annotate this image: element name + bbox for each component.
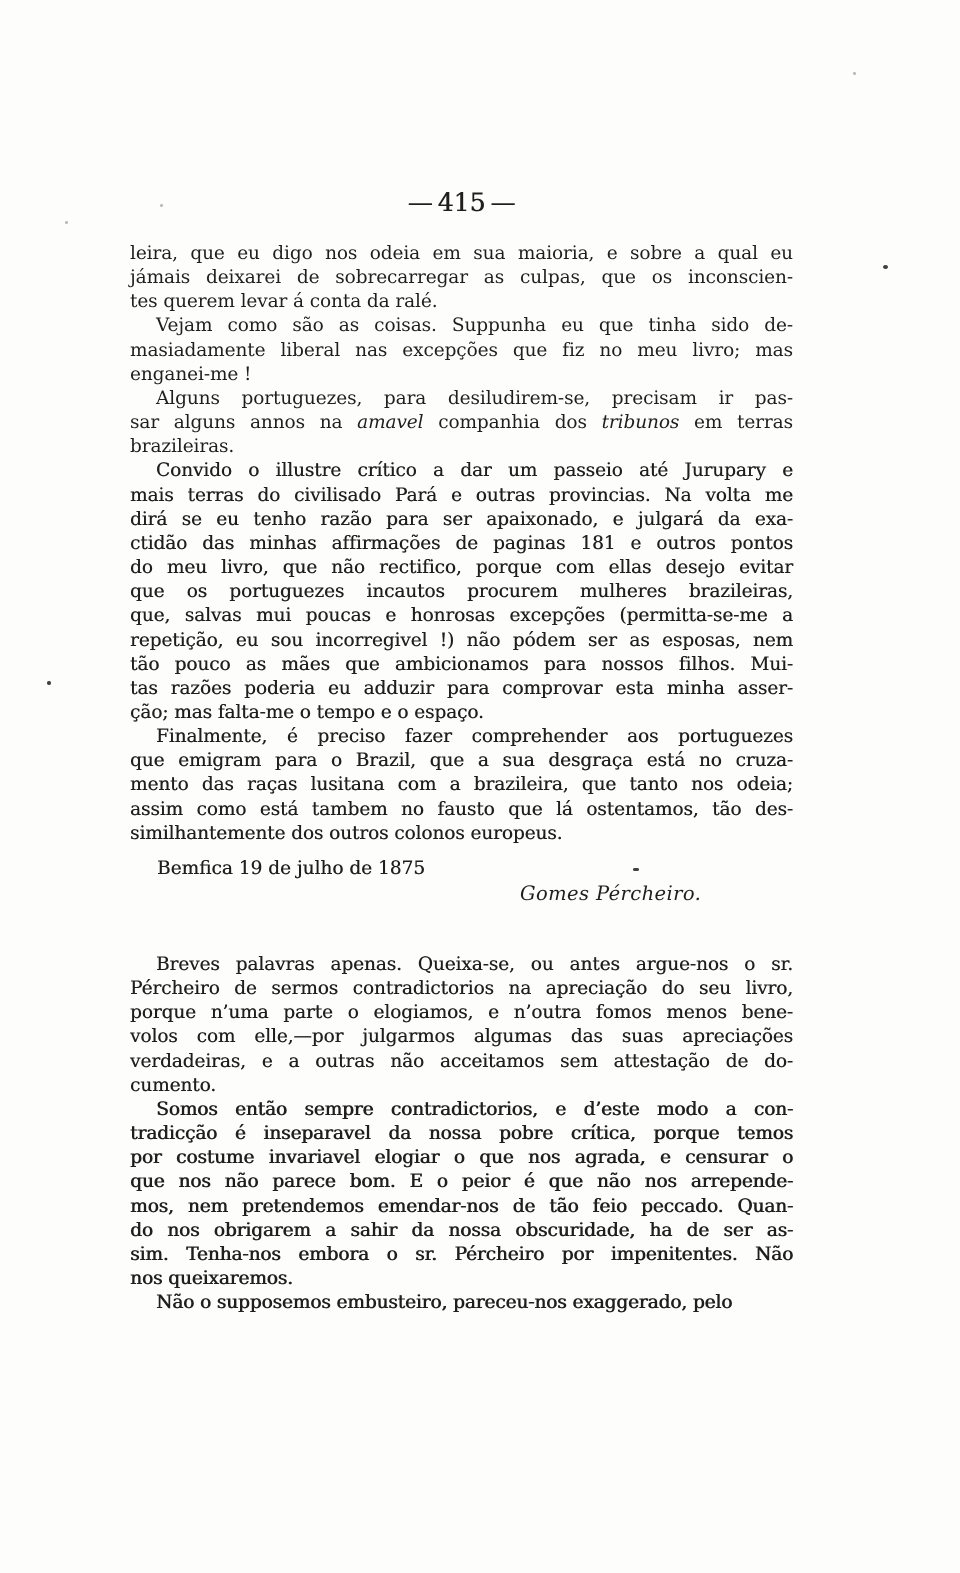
text-line: tes querem levar á conta da ralé. xyxy=(130,290,793,314)
text-line: Vejam como são as coisas. Suppunha eu qu… xyxy=(130,314,793,338)
text-line: tradicção é inseparavel da nossa pobre c… xyxy=(130,1122,793,1146)
text-line: nos queixaremos. xyxy=(130,1267,793,1291)
text-line: jámais deixarei de sobrecarregar as culp… xyxy=(130,266,793,290)
text-line: masiadamente liberal nas excepções que f… xyxy=(130,339,793,363)
text-line: mento das raças lusitana com a brazileir… xyxy=(130,773,793,797)
text-line: brazileiras. xyxy=(130,435,793,459)
scan-speck xyxy=(160,204,163,207)
text-line: similhantemente dos outros colonos europ… xyxy=(130,822,793,846)
text-line: por costume invariavel elogiar o que nos… xyxy=(130,1146,793,1170)
text-line: verdadeiras, e a outras não acceitamos s… xyxy=(130,1050,793,1074)
text-line: ctidão das minhas affirmações de paginas… xyxy=(130,532,793,556)
page-number: —415— xyxy=(130,188,793,217)
text-line: mais terras do civilisado Pará e outras … xyxy=(130,484,793,508)
text-line: leira, que eu digo nos odeia em sua maio… xyxy=(130,242,793,266)
body-text-block-2: Breves palavras apenas. Queixa-se, ou an… xyxy=(130,953,793,1315)
text-line: que emigram para o Brazil, que a sua des… xyxy=(130,749,793,773)
dateline: Bemfica 19 de julho de 1875 xyxy=(130,858,793,879)
text-line: tão pouco as mães que ambicionamos para … xyxy=(130,653,793,677)
page-number-value: 415 xyxy=(438,188,486,217)
scan-speck xyxy=(853,72,856,75)
text-line: sar alguns annos na amavel companhia dos… xyxy=(130,411,793,435)
text-line: Não o supposemos embusteiro, pareceu-nos… xyxy=(130,1291,793,1315)
text-line: cumento. xyxy=(130,1074,793,1098)
text-line: Alguns portuguezes, para desiludirem-se,… xyxy=(130,387,793,411)
text-line: assim como está tambem no fausto que lá … xyxy=(130,798,793,822)
text-line: sim. Tenha-nos embora o sr. Pércheiro po… xyxy=(130,1243,793,1267)
body-text-block-1: leira, que eu digo nos odeia em sua maio… xyxy=(130,242,793,846)
text-line: que nos não parece bom. E o peior é que … xyxy=(130,1170,793,1194)
text-line: porque n’uma parte o elogiamos, e n’outr… xyxy=(130,1001,793,1025)
text-line: dirá se eu tenho razão para ser apaixona… xyxy=(130,508,793,532)
scan-speck xyxy=(883,265,888,269)
text-line: Somos então sempre contradictorios, e d’… xyxy=(130,1098,793,1122)
scan-speck xyxy=(47,681,51,685)
text-line: mos, nem pretendemos emendar-nos de tão … xyxy=(130,1195,793,1219)
author-signature: Gomes Pércheiro. xyxy=(520,882,701,905)
text-line: Pércheiro de sermos contradictorios na a… xyxy=(130,977,793,1001)
text-line: Finalmente, é preciso fazer comprehender… xyxy=(130,725,793,749)
text-line: do meu livro, que não rectifico, porque … xyxy=(130,556,793,580)
page-number-dash-left: — xyxy=(408,188,433,217)
scanned-book-page: —415— leira, que eu digo nos odeia em su… xyxy=(0,0,960,1573)
text-line: Convido o illustre crítico a dar um pass… xyxy=(130,459,793,483)
text-line: que os portuguezes incautos procurem mul… xyxy=(130,580,793,604)
text-line: Breves palavras apenas. Queixa-se, ou an… xyxy=(130,953,793,977)
text-line: volos com elle,—por julgarmos algumas da… xyxy=(130,1025,793,1049)
scan-speck xyxy=(633,868,639,871)
text-line: que, salvas mui poucas e honrosas excepç… xyxy=(130,604,793,628)
page-number-dash-right: — xyxy=(490,188,515,217)
text-line: do nos obrigarem a sahir da nossa obscur… xyxy=(130,1219,793,1243)
text-line: tas razões poderia eu adduzir para compr… xyxy=(130,677,793,701)
text-line: ção; mas falta-me o tempo e o espaço. xyxy=(130,701,793,725)
text-line: enganei-me ! xyxy=(130,363,793,387)
text-line: repetição, eu sou incorregivel !) não pó… xyxy=(130,629,793,653)
scan-speck xyxy=(65,221,68,224)
